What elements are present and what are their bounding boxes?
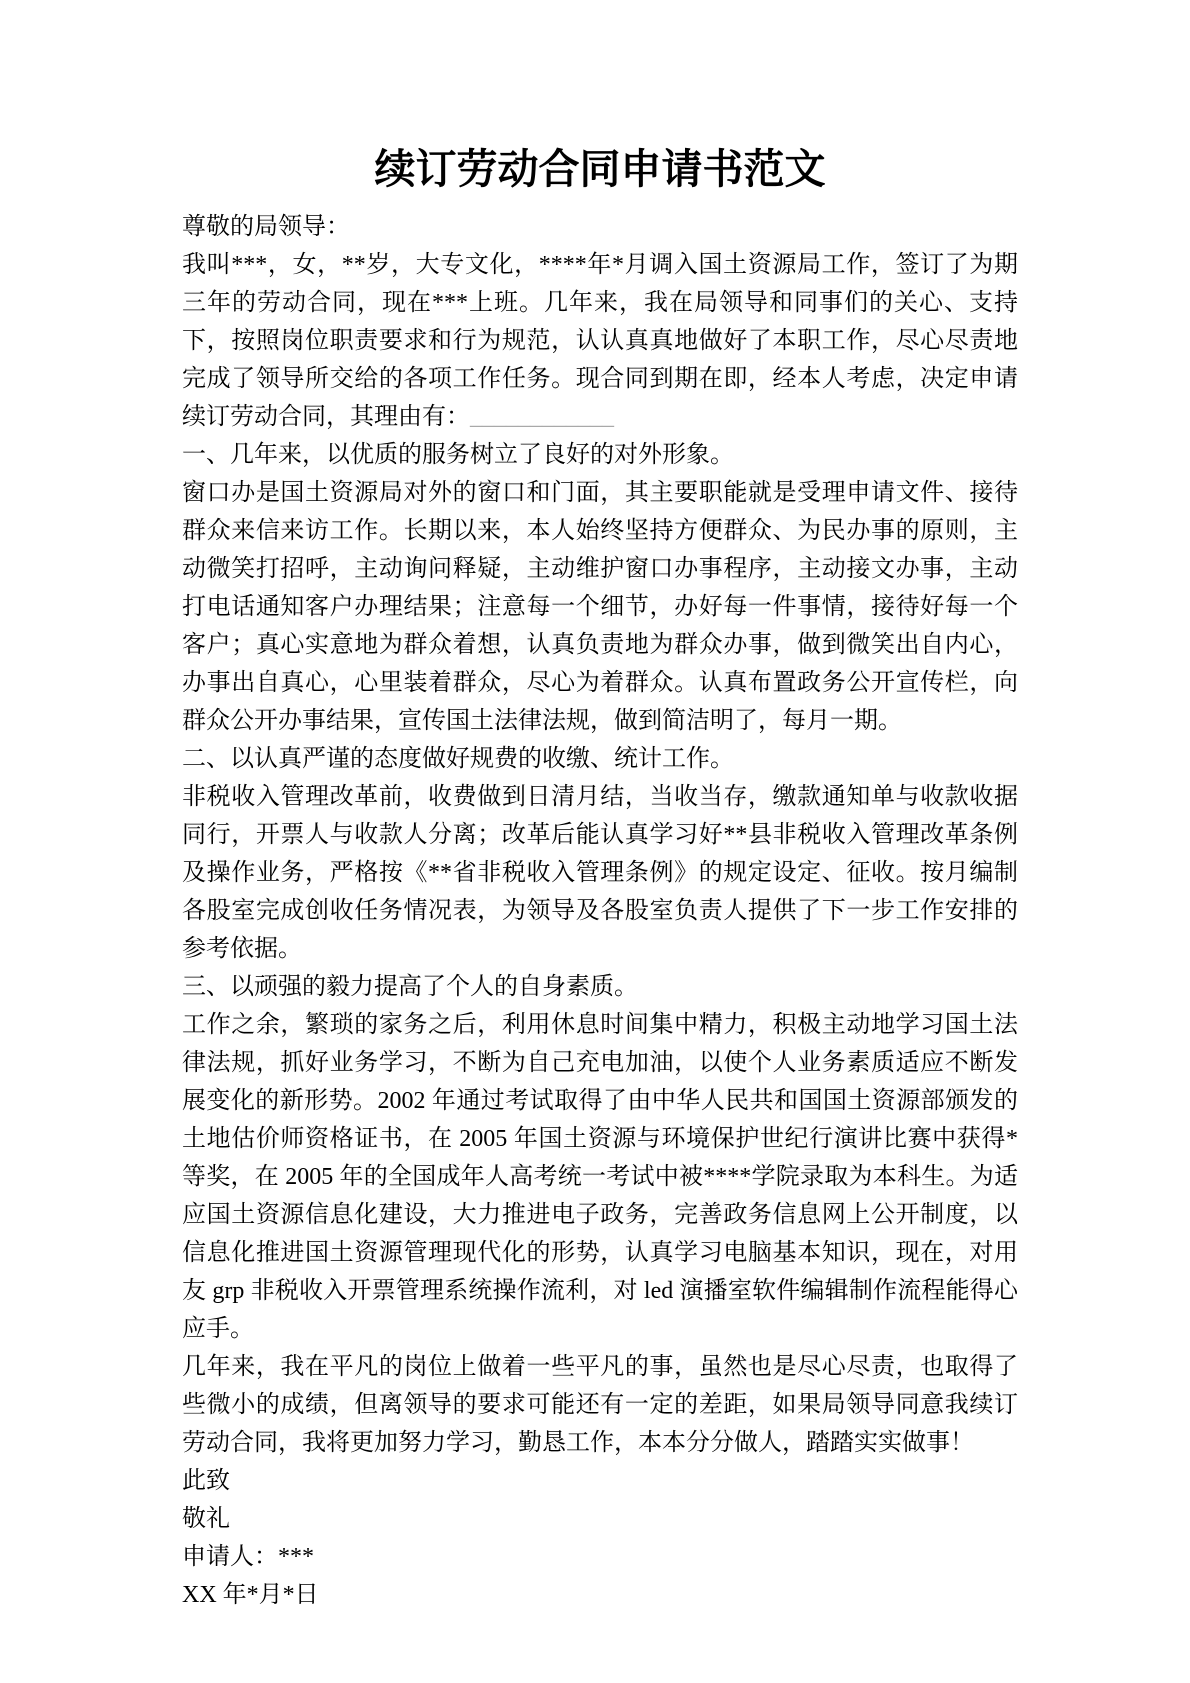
section-2-heading: 二、以认真严谨的态度做好规费的收缴、统计工作。 xyxy=(182,740,1018,778)
conclusion-paragraph: 几年来，我在平凡的岗位上做着一些平凡的事，虽然也是尽心尽责，也取得了些微小的成绩… xyxy=(182,1348,1018,1462)
signature-line: 申请人：*** xyxy=(182,1538,1018,1576)
document-page: 续订劳动合同申请书范文 尊敬的局领导： 我叫***，女，**岁，大专文化，***… xyxy=(0,0,1190,1683)
section-3-body: 工作之余，繁琐的家务之后，利用休息时间集中精力，积极主动地学习国土法律法规，抓好… xyxy=(182,1006,1018,1348)
valediction-cizhi: 此致 xyxy=(182,1462,1018,1500)
section-1-body: 窗口办是国土资源局对外的窗口和门面，其主要职能就是受理申请文件、接待群众来信来访… xyxy=(182,474,1018,740)
section-2-body: 非税收入管理改革前，收费做到日清月结，当收当存，缴款通知单与收款收据同行，开票人… xyxy=(182,778,1018,968)
valediction-jingli: 敬礼 xyxy=(182,1500,1018,1538)
date-line: XX 年*月*日 xyxy=(182,1576,1018,1614)
document-title: 续订劳动合同申请书范文 xyxy=(182,140,1018,198)
section-3-heading: 三、以顽强的毅力提高了个人的自身素质。 xyxy=(182,968,1018,1006)
blank-underline: ____________ xyxy=(470,404,614,430)
salutation: 尊敬的局领导： xyxy=(182,208,1018,246)
section-1-heading: 一、几年来，以优质的服务树立了良好的对外形象。 xyxy=(182,436,1018,474)
intro-paragraph: 我叫***，女，**岁，大专文化，****年*月调入国土资源局工作，签订了为期三… xyxy=(182,246,1018,436)
